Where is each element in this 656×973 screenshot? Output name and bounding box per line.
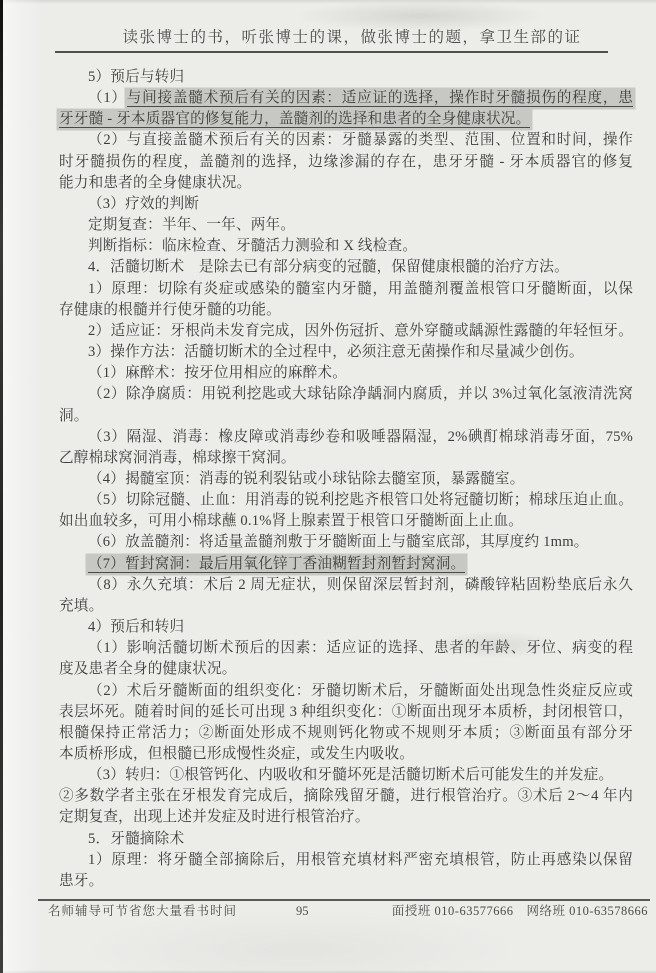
line-text: 度及患者全身的健康状况。 xyxy=(59,661,237,677)
line-text: 4）预后和转归 xyxy=(88,619,184,635)
footer-rule xyxy=(38,899,650,901)
line-text: 充填。 xyxy=(59,598,103,614)
text-line: 度及患者全身的健康状况。 xyxy=(59,659,633,680)
line-text: （1） xyxy=(88,90,127,106)
body-text: 5）预后与转归（1）与间接盖髓术预后有关的因素：适应证的选择，操作时牙髓损伤的程… xyxy=(59,67,633,892)
line-text: （2）除净腐质：用锐利挖匙或大球钻除净龋洞内腐质，并以 3%过氧化氢液清洗窝 xyxy=(88,386,633,402)
line-text: 定期复查：半年、一年、两年。 xyxy=(88,217,295,233)
text-line: 4．活髓切断术 是除去已有部分病变的冠髓，保留健康根髓的治疗方法。 xyxy=(59,257,633,278)
line-text: （2）与直接盖髓术预后有关的因素：牙髓暴露的类型、范围、位置和时间，操作 xyxy=(88,132,633,148)
text-line: 充填。 xyxy=(59,596,633,617)
line-text: 能力和患者的全身健康状况。 xyxy=(59,175,251,191)
page-number: 95 xyxy=(296,904,309,919)
line-text: 时牙髓损伤的程度，盖髓剂的选择，边缘渗漏的存在，患牙牙髓 - 牙本质器官的修复 xyxy=(59,154,633,170)
line-text: （3）隔湿、消毒：橡皮障或消毒纱卷和吸唾器隔湿，2%碘酊棉球消毒牙面，75% xyxy=(88,429,633,445)
text-line: 本质桥形成，但根髓已形成慢性炎症，或发生内吸收。 xyxy=(59,744,633,765)
text-line: 牙牙髓 - 牙本质器官的修复能力，盖髓剂的选择和患者的全身健康状况。 xyxy=(59,109,633,130)
line-text: （3）疗效的判断 xyxy=(88,196,199,212)
text-line: 如出血较多，可用小棉球蘸 0.1%肾上腺素置于根管口牙髓断面上止血。 xyxy=(59,511,633,532)
line-text: 4．活髓切断术 是除去已有部分病变的冠髓，保留健康根髓的治疗方法。 xyxy=(88,259,569,275)
scan-edge-left xyxy=(0,0,3,973)
line-text: 定期复查，出现上述并发症及时进行根管治疗。 xyxy=(59,809,370,825)
line-text: （6）放盖髓剂：将适量盖髓剂敷于牙髓断面上与髓室底部，其厚度约 1mm。 xyxy=(88,534,589,550)
line-text: 表层坏死。随着时间的延长可出现 3 种组织变化：①断面出现牙本质桥，封闭根管口， xyxy=(59,704,633,720)
text-line: 存健康的根髓并行使牙髓的功能。 xyxy=(59,300,633,321)
text-line: 3）操作方法：活髓切断术的全过程中，必须注意无菌操作和尽量减少创伤。 xyxy=(59,342,633,363)
line-text: 患牙。 xyxy=(59,873,103,889)
line-text: 乙醇棉球窝洞消毒，棉球擦干窝洞。 xyxy=(59,450,296,466)
line-text: （3）转归：①根管钙化、内吸收和牙髓坏死是活髓切断术后可能发生的并发症。 xyxy=(88,767,613,783)
footer-left: 名师辅导可节省您大量看书时间 xyxy=(48,904,237,919)
text-line: （2）与直接盖髓术预后有关的因素：牙髓暴露的类型、范围、位置和时间，操作 xyxy=(59,130,633,151)
line-text: 3）操作方法：活髓切断术的全过程中，必须注意无菌操作和尽量减少创伤。 xyxy=(88,344,584,360)
text-line: （1）影响活髓切断术预后的因素：适应证的选择、患者的年龄、牙位、病变的程 xyxy=(59,638,633,659)
text-line: 洞。 xyxy=(59,406,633,427)
text-line: （6）放盖髓剂：将适量盖髓剂敷于牙髓断面上与髓室底部，其厚度约 1mm。 xyxy=(59,532,633,553)
line-text: 1）原理：切除有炎症或感染的髓室内牙髓，用盖髓剂覆盖根管口牙髓断面，以保 xyxy=(88,281,633,297)
text-line: 乙醇棉球窝洞消毒，棉球擦干窝洞。 xyxy=(59,448,633,469)
text-line: 4）预后和转归 xyxy=(59,617,633,638)
text-line: 定期复查，出现上述并发症及时进行根管治疗。 xyxy=(59,807,633,828)
text-line: 5．牙髓摘除术 xyxy=(59,829,633,850)
line-text: 洞。 xyxy=(59,408,89,424)
text-line: （3）疗效的判断 xyxy=(59,194,633,215)
text-line: 根髓保持正常活力；②断面处形成不规则钙化物或不规则牙本质；③断面虽有部分牙 xyxy=(59,723,633,744)
text-line: 5）预后与转归 xyxy=(59,67,633,88)
line-text: 判断指标：临床检查、牙髓活力测验和 X 线检查。 xyxy=(88,238,417,254)
text-line: （3）隔湿、消毒：橡皮障或消毒纱卷和吸唾器隔湿，2%碘酊棉球消毒牙面，75% xyxy=(59,427,633,448)
highlighted-text: 牙牙髓 - 牙本质器官的修复能力，盖髓剂的选择和患者的全身健康状况。 xyxy=(59,111,530,128)
text-line: 2）适应证：牙根尚未发育完成，因外伤冠折、意外穿髓或龋源性露髓的年轻恒牙。 xyxy=(59,321,633,342)
text-line: （1）与间接盖髓术预后有关的因素：适应证的选择，操作时牙髓损伤的程度，患 xyxy=(59,88,633,109)
text-line: 患牙。 xyxy=(59,871,633,892)
text-line: 判断指标：临床检查、牙髓活力测验和 X 线检查。 xyxy=(59,236,633,257)
header-title: 读张博士的书，听张博士的课，做张博士的题，拿卫生部的证 xyxy=(92,29,612,46)
highlighted-text: （7）暂封窝洞：最后用氧化锌丁香油糊暂封剂暂封窝洞。 xyxy=(88,556,465,573)
line-text: （2）术后牙髓断面的组织变化：牙髓切断术后，牙髓断面处出现急性炎症反应或 xyxy=(88,683,633,699)
line-text: ②多数学者主张在牙根发育完成后，摘除残留牙髓，进行根管治疗。③术后 2～4 年内 xyxy=(59,788,633,804)
text-line: 1）原理：切除有炎症或感染的髓室内牙髓，用盖髓剂覆盖根管口牙髓断面，以保 xyxy=(59,279,633,300)
line-text: 根髓保持正常活力；②断面处形成不规则钙化物或不规则牙本质；③断面虽有部分牙 xyxy=(59,725,633,741)
line-text: （1）影响活髓切断术预后的因素：适应证的选择、患者的年龄、牙位、病变的程 xyxy=(88,640,633,656)
footer-right: 面授班 010-63577666 网络班 010-63578666 xyxy=(392,904,648,919)
highlighted-text: 与间接盖髓术预后有关的因素：适应证的选择，操作时牙髓损伤的程度，患 xyxy=(127,90,633,107)
text-line: 能力和患者的全身健康状况。 xyxy=(59,173,633,194)
header-rule xyxy=(55,51,608,53)
text-line: （2）除净腐质：用锐利挖匙或大球钻除净龋洞内腐质，并以 3%过氧化氢液清洗窝 xyxy=(59,384,633,405)
text-line: 定期复查：半年、一年、两年。 xyxy=(59,215,633,236)
text-line: （4）揭髓室顶：消毒的锐利裂钻或小球钻除去髓室顶，暴露髓室。 xyxy=(59,469,633,490)
line-text: 2）适应证：牙根尚未发育完成，因外伤冠折、意外穿髓或龋源性露髓的年轻恒牙。 xyxy=(88,323,633,339)
text-line: ②多数学者主张在牙根发育完成后，摘除残留牙髓，进行根管治疗。③术后 2～4 年内 xyxy=(59,786,633,807)
line-text: 本质桥形成，但根髓已形成慢性炎症，或发生内吸收。 xyxy=(59,746,414,762)
line-text: （1）麻醉术：按牙位用相应的麻醉术。 xyxy=(88,365,347,381)
line-text: （8）永久充填：术后 2 周无症状，则保留深层暂封剂，磷酸锌粘固粉垫底后永久 xyxy=(88,577,633,593)
line-text: 存健康的根髓并行使牙髓的功能。 xyxy=(59,302,281,318)
line-text: 5）预后与转归 xyxy=(88,69,184,85)
text-line: （1）麻醉术：按牙位用相应的麻醉术。 xyxy=(59,363,633,384)
page: { "colors": { "paper": "#ecece9", "text"… xyxy=(0,0,656,973)
line-text: 5．牙髓摘除术 xyxy=(88,831,184,847)
line-text: 1）原理：将牙髓全部摘除后，用根管充填材料严密充填根管，防止再感染以保留 xyxy=(88,852,633,868)
line-text: （5）切除冠髓、止血：用消毒的锐利挖匙齐根管口处将冠髓切断；棉球压迫止血。 xyxy=(88,492,633,508)
text-line: （5）切除冠髓、止血：用消毒的锐利挖匙齐根管口处将冠髓切断；棉球压迫止血。 xyxy=(59,490,633,511)
text-line: （3）转归：①根管钙化、内吸收和牙髓坏死是活髓切断术后可能发生的并发症。 xyxy=(59,765,633,786)
text-line: （2）术后牙髓断面的组织变化：牙髓切断术后，牙髓断面处出现急性炎症反应或 xyxy=(59,681,633,702)
line-text: （4）揭髓室顶：消毒的锐利裂钻或小球钻除去髓室顶，暴露髓室。 xyxy=(88,471,525,487)
text-line: 表层坏死。随着时间的延长可出现 3 种组织变化：①断面出现牙本质桥，封闭根管口， xyxy=(59,702,633,723)
text-line: （7）暂封窝洞：最后用氧化锌丁香油糊暂封剂暂封窝洞。 xyxy=(59,554,633,575)
line-text: 如出血较多，可用小棉球蘸 0.1%肾上腺素置于根管口牙髓断面上止血。 xyxy=(59,513,523,529)
text-line: 1）原理：将牙髓全部摘除后，用根管充填材料严密充填根管，防止再感染以保留 xyxy=(59,850,633,871)
text-line: 时牙髓损伤的程度，盖髓剂的选择，边缘渗漏的存在，患牙牙髓 - 牙本质器官的修复 xyxy=(59,152,633,173)
text-line: （8）永久充填：术后 2 周无症状，则保留深层暂封剂，磷酸锌粘固粉垫底后永久 xyxy=(59,575,633,596)
